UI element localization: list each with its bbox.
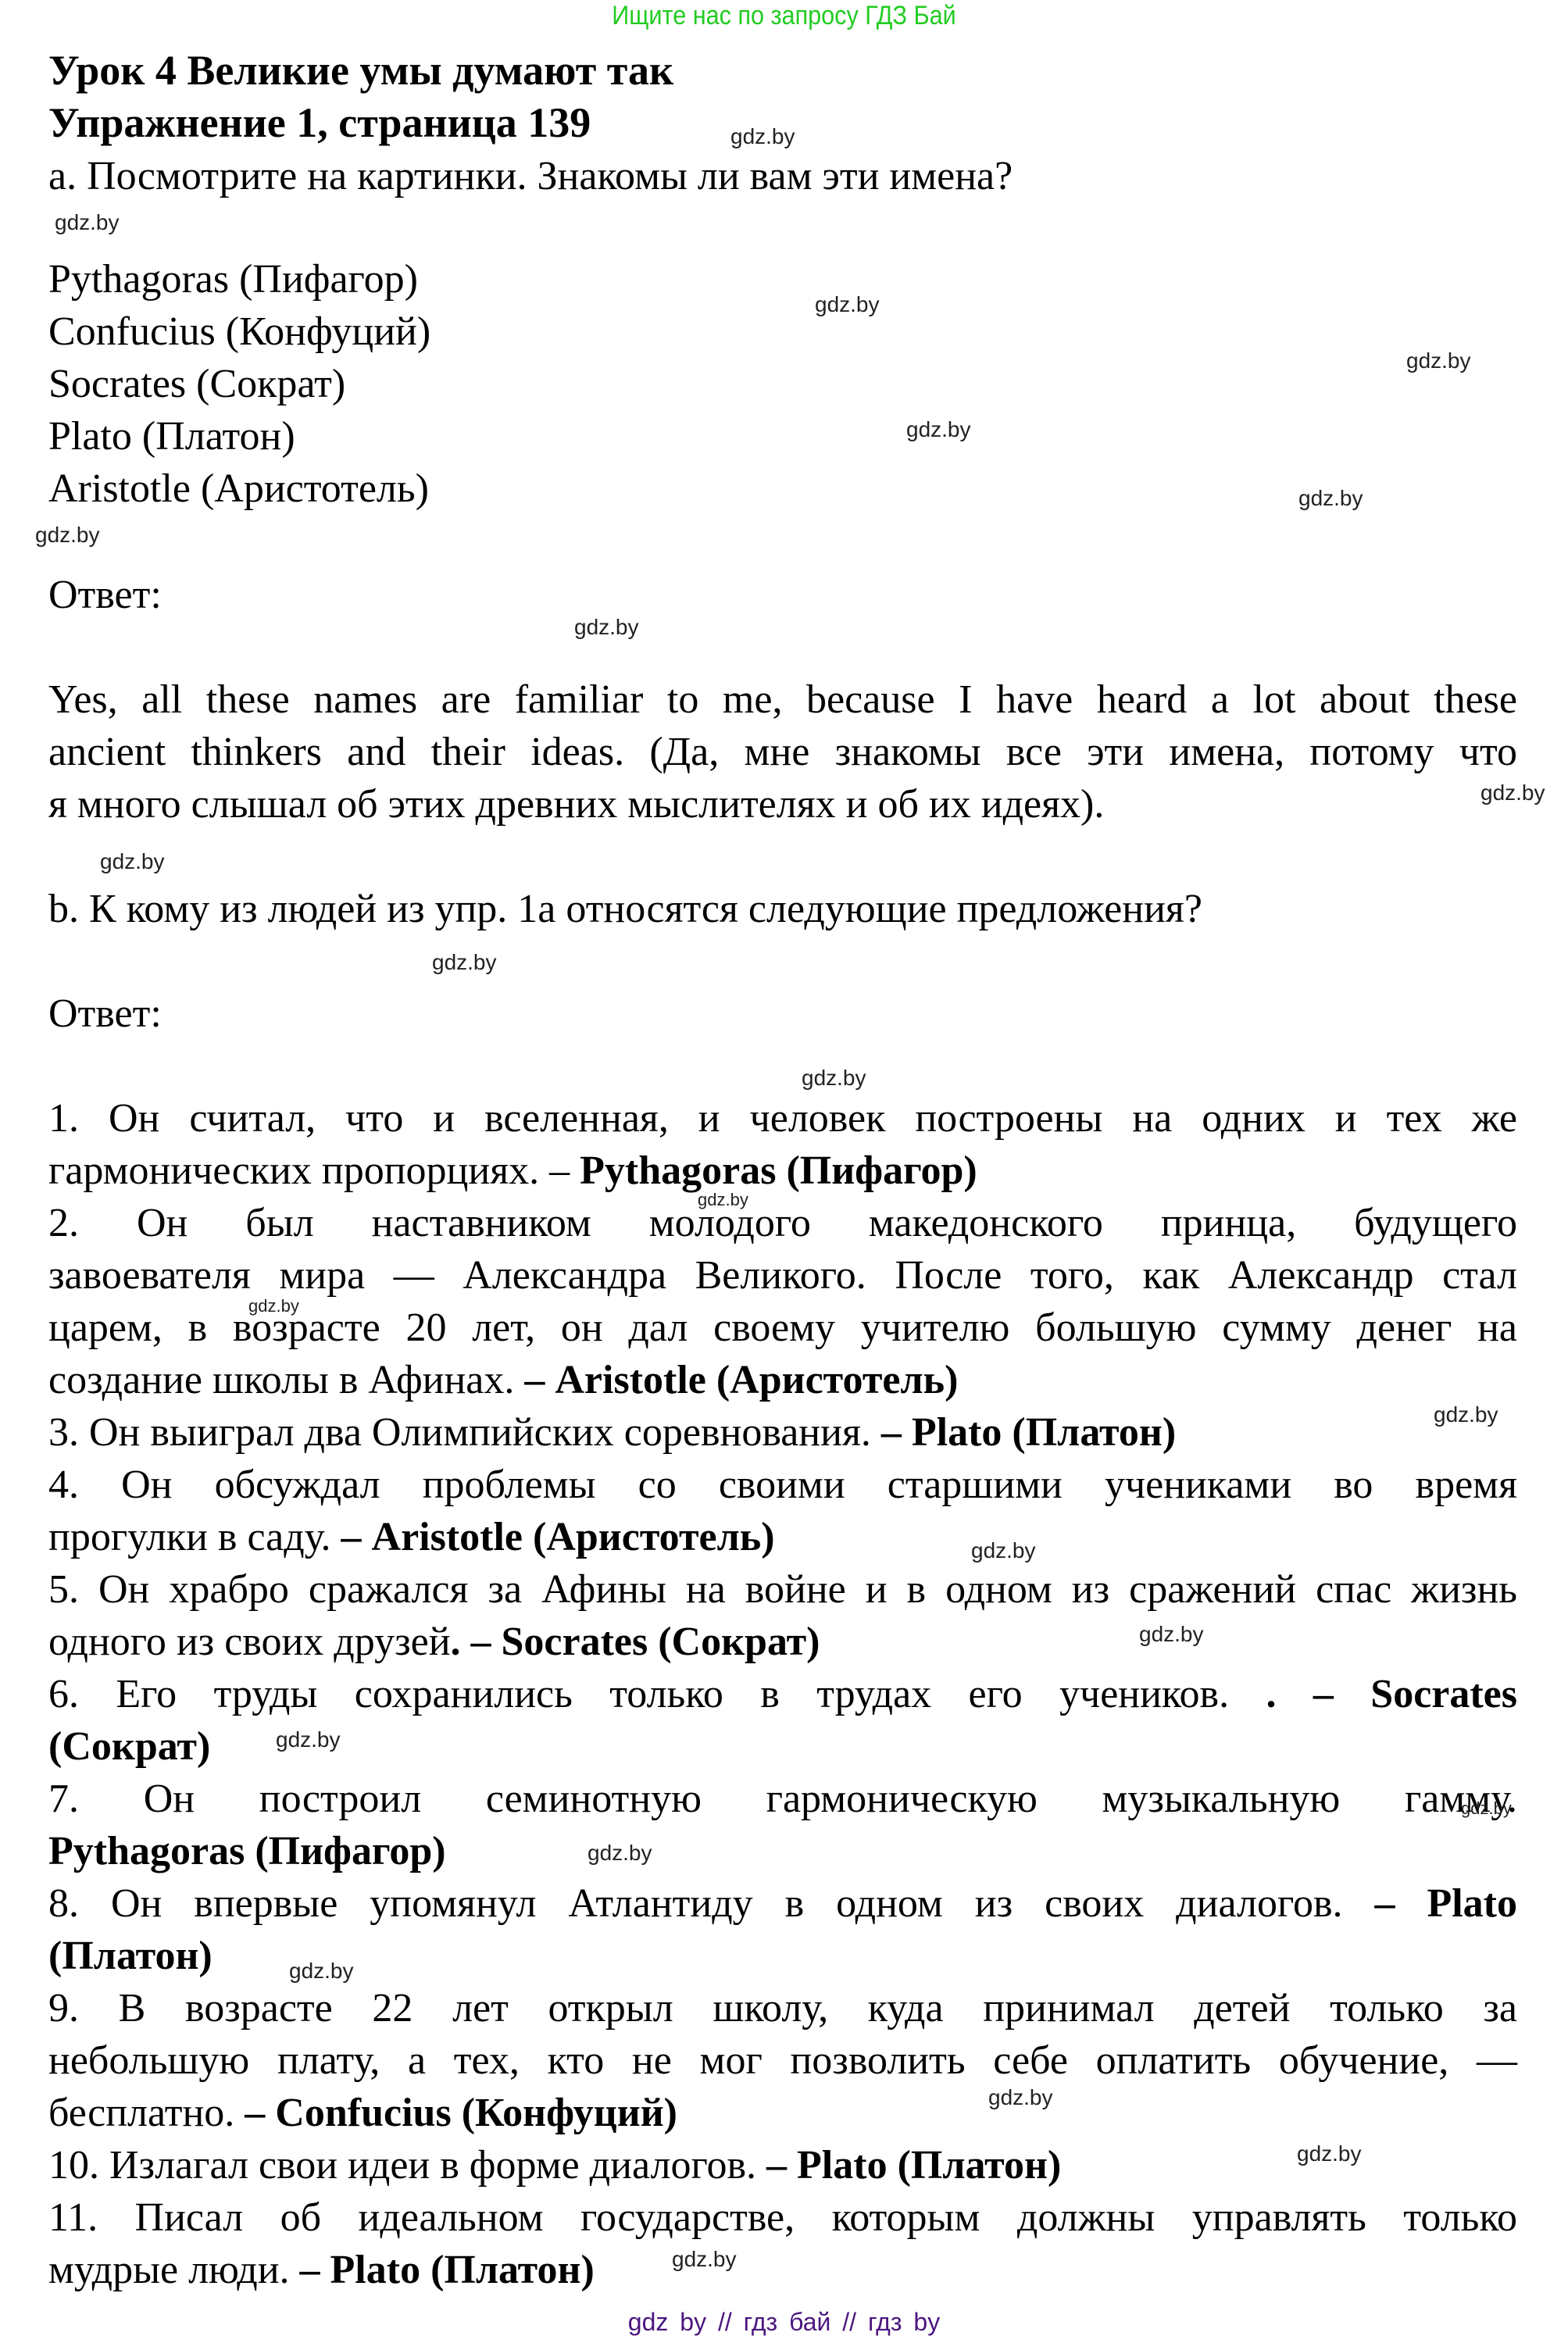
answer-item-line: прогулки в саду. – Aristotle (Аристотель…: [48, 1514, 1517, 1561]
answer-name: . – Socrates (Сократ): [451, 1620, 820, 1664]
name-item: Socrates (Сократ): [48, 361, 1517, 408]
sentence-text: 1. Он считал, что и вселенная, и человек…: [48, 1096, 1517, 1141]
answer-name: – Aristotle (Аристотель): [341, 1515, 775, 1559]
answer-item-line: 2. Он был наставником молодого македонск…: [48, 1200, 1517, 1247]
part-a-question: a. Посмотрите на картинки. Знакомы ли ва…: [48, 153, 1517, 200]
answer-item-line: 3. Он выиграл два Олимпийских соревнован…: [48, 1409, 1517, 1456]
answer-item-line: 7. Он построил семинотную гармоническую …: [48, 1776, 1517, 1823]
watermark: gdz.by: [1461, 1797, 1512, 1820]
answer-item-line: создание школы в Афинах. – Aristotle (Ар…: [48, 1357, 1517, 1404]
sentence-text: 6. Его труды сохранились только в трудах…: [48, 1672, 1266, 1716]
watermark: gdz.by: [55, 211, 120, 234]
sentence-text: небольшую плату, а тех, кто не мог позво…: [48, 2038, 1517, 2083]
answer-item-line: 5. Он храбро сражался за Афины на войне …: [48, 1566, 1517, 1613]
answer-name: – Plato (Платон): [766, 2143, 1061, 2188]
sentence-text: одного из своих друзей: [48, 1620, 451, 1664]
watermark: gdz.by: [276, 1728, 341, 1752]
name-item: Pythagoras (Пифагор): [48, 256, 1517, 303]
answer-item-line: 1. Он считал, что и вселенная, и человек…: [48, 1095, 1517, 1142]
part-b-question: b. К кому из людей из упр. 1a относятся …: [48, 886, 1517, 933]
answer-item-line: (Платон): [48, 1933, 1517, 1980]
answer-name: Pythagoras (Пифагор): [48, 1829, 446, 1873]
sentence-text: гармонических пропорциях. –: [48, 1148, 580, 1193]
answer-item-line: одного из своих друзей. – Socrates (Сокр…: [48, 1619, 1517, 1666]
sentence-text: 10. Излагал свои идеи в форме диалогов.: [48, 2143, 766, 2188]
sentence-text: завоевателя мира — Александра Великого. …: [48, 1253, 1517, 1298]
watermark: gdz.by: [100, 850, 165, 873]
watermark: gdz.by: [698, 1188, 748, 1212]
watermark: gdz.by: [1480, 781, 1545, 805]
sentence-text: 11. Писал об идеальном государстве, кото…: [48, 2195, 1517, 2240]
sentence-text: создание школы в Афинах.: [48, 1358, 524, 1402]
watermark: gdz.by: [971, 1539, 1036, 1563]
lesson-title: Урок 4 Великие умы думают так: [48, 47, 1517, 94]
sentence-text: мудрые люди.: [48, 2248, 300, 2292]
watermark: gdz.by: [1139, 1623, 1204, 1646]
answer-item-line: Pythagoras (Пифагор): [48, 1828, 1517, 1875]
part-b-answer-label: Ответ:: [48, 991, 1517, 1038]
watermark: gdz.by: [1406, 349, 1471, 373]
watermark: gdz.by: [588, 1841, 652, 1865]
watermark: gdz.by: [730, 125, 795, 148]
answer-line: я много слышал об этих древних мыслителя…: [48, 781, 1517, 828]
sentence-text: 9. В возрасте 22 лет открыл школу, куда …: [48, 1986, 1517, 2030]
answer-item-line: гармонических пропорциях. – Pythagoras (…: [48, 1148, 1517, 1195]
answer-name: – Aristotle (Аристотель): [524, 1358, 958, 1402]
answer-name: . – Socrates: [1266, 1672, 1518, 1716]
name-item: Confucius (Конфуций): [48, 309, 1517, 355]
sentence-text: 8. Он впервые упомянул Атлантиду в одном…: [48, 1881, 1375, 1926]
name-item: Aristotle (Аристотель): [48, 466, 1517, 513]
watermark: gdz.by: [672, 2248, 737, 2271]
answer-name: (Платон): [48, 1934, 213, 1978]
document-page: Ищите нас по запросу ГДЗ Бай Урок 4 Вели…: [0, 0, 1568, 2343]
answer-line: Yes, all these names are familiar to me,…: [48, 677, 1517, 723]
answer-item-line: 11. Писал об идеальном государстве, кото…: [48, 2195, 1517, 2241]
watermark: gdz.by: [1298, 487, 1363, 510]
watermark: gdz.by: [35, 523, 100, 547]
sentence-text: 5. Он храбро сражался за Афины на войне …: [48, 1567, 1517, 1612]
footer-links[interactable]: gdz by // гдз бай // гдз by: [0, 2306, 1568, 2338]
answer-name: – Plato: [1375, 1881, 1518, 1926]
watermark: gdz.by: [906, 418, 971, 441]
answer-item-line: небольшую плату, а тех, кто не мог позво…: [48, 2038, 1517, 2084]
name-item: Plato (Платон): [48, 413, 1517, 460]
answer-name: (Сократ): [48, 1724, 210, 1769]
answer-item-line: мудрые люди. – Plato (Платон): [48, 2247, 1517, 2294]
answer-item-line: завоевателя мира — Александра Великого. …: [48, 1252, 1517, 1299]
answer-item-line: 9. В возрасте 22 лет открыл школу, куда …: [48, 1985, 1517, 2032]
sentence-text: 7. Он построил семинотную гармоническую …: [48, 1777, 1517, 1821]
answer-item-line: (Сократ): [48, 1723, 1517, 1770]
answer-name: – Plato (Платон): [881, 1410, 1176, 1455]
watermark: gdz.by: [248, 1295, 299, 1318]
answer-name: Pythagoras (Пифагор): [580, 1148, 977, 1193]
watermark: gdz.by: [802, 1066, 866, 1090]
part-a-answer-label: Ответ:: [48, 572, 1517, 619]
answer-name: – Plato (Платон): [300, 2248, 595, 2292]
sentence-text: 4. Он обсуждал проблемы со своими старши…: [48, 1463, 1517, 1507]
answer-item-line: бесплатно. – Confucius (Конфуций): [48, 2090, 1517, 2137]
sentence-text: 3. Он выиграл два Олимпийских соревнован…: [48, 1410, 881, 1455]
sentence-text: 2. Он был наставником молодого македонск…: [48, 1201, 1517, 1245]
answer-item-line: 4. Он обсуждал проблемы со своими старши…: [48, 1462, 1517, 1509]
watermark: gdz.by: [988, 2086, 1053, 2109]
watermark: gdz.by: [815, 293, 880, 316]
answer-name: – Confucius (Конфуций): [245, 2091, 677, 2135]
watermark: gdz.by: [1297, 2142, 1362, 2166]
watermark: gdz.by: [289, 1959, 354, 1983]
answer-item-line: 6. Его труды сохранились только в трудах…: [48, 1671, 1517, 1718]
sentence-text: прогулки в саду.: [48, 1515, 341, 1559]
answer-item-line: 8. Он впервые упомянул Атлантиду в одном…: [48, 1880, 1517, 1927]
watermark: gdz.by: [432, 951, 497, 974]
search-banner[interactable]: Ищите нас по запросу ГДЗ Бай: [78, 0, 1489, 31]
answer-line: ancient thinkers and their ideas. (Да, м…: [48, 729, 1517, 776]
sentence-text: бесплатно.: [48, 2091, 245, 2135]
watermark: gdz.by: [1434, 1403, 1498, 1427]
watermark: gdz.by: [574, 616, 639, 639]
